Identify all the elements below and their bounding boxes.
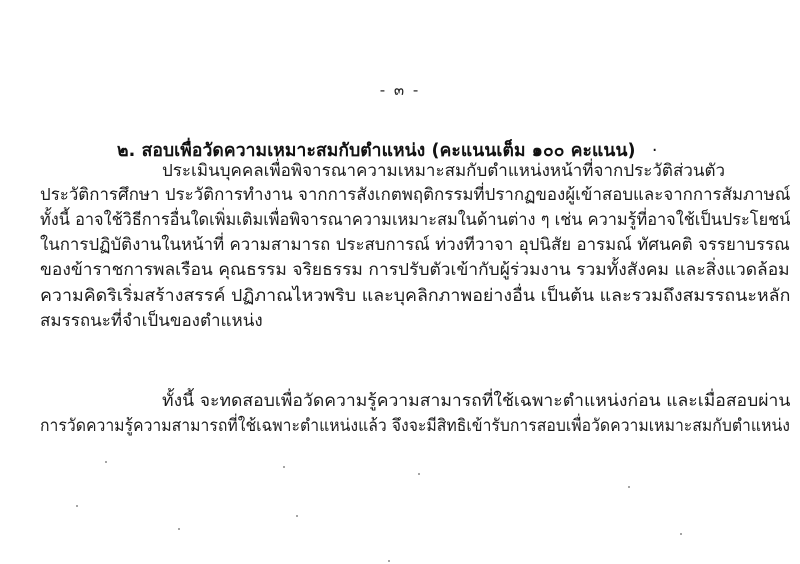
scan-speck — [680, 533, 682, 535]
scan-speck — [628, 486, 630, 488]
paragraph-line: การวัดความรู้ความสามารถที่ใช้เฉพาะตำแหน่… — [40, 413, 790, 439]
scan-speck — [178, 528, 180, 530]
document-page: - ๓ - ๒. สอบเพื่อวัดความเหมาะสมกับตำแหน่… — [0, 0, 800, 564]
page-number: - ๓ - — [0, 78, 800, 102]
paragraph-line: ประเมินบุคคลเพื่อพิจารณาความเหมาะสมกับตำ… — [162, 158, 790, 184]
paragraph-line: ความคิดริเริ่มสร้างสรรค์ ปฏิภาณไหวพริบ แ… — [40, 283, 790, 309]
scan-speck — [76, 505, 78, 507]
paragraph-line: ทั้งนี้ จะทดสอบเพื่อวัดความรู้ความสามารถ… — [162, 388, 790, 414]
paragraph-line: ของข้าราชการพลเรือน คุณธรรม จริยธรรม การ… — [40, 257, 790, 283]
paragraph-line: สมรรถนะที่จำเป็นของตำแหน่ง — [40, 308, 263, 334]
paragraph-line: ในการปฏิบัติงานในหน้าที่ ความสามารถ ประส… — [40, 232, 790, 258]
scan-speck — [418, 473, 420, 475]
scan-speck — [388, 560, 390, 562]
paragraph-line: ประวัติการศึกษา ประวัติการทำงาน จากการสั… — [40, 182, 790, 208]
paragraph-line: ทั้งนี้ อาจใช้วิธีการอื่นใดเพิ่มเติมเพื่… — [40, 207, 790, 233]
scan-speck — [296, 515, 298, 517]
scan-speck — [283, 466, 285, 468]
scan-speck — [105, 461, 107, 463]
